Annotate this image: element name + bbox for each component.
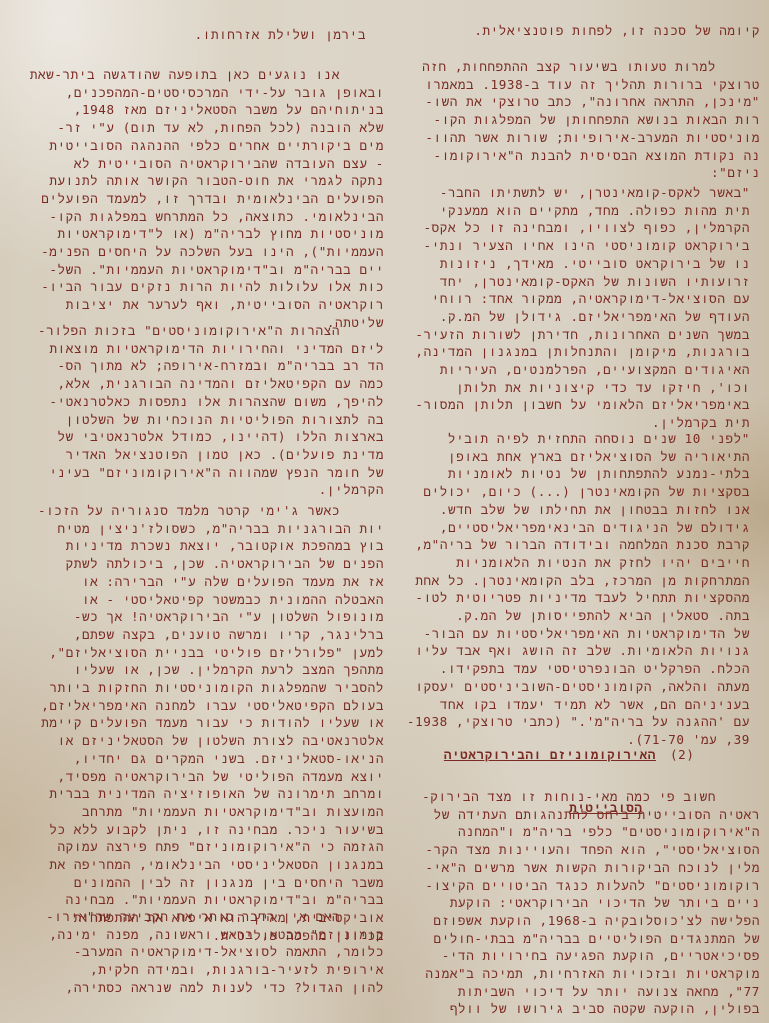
left-paragraph-2: הצהרות ה"אירוקומוניסטים" בזכות הפלור-ליז…: [38, 322, 384, 499]
text-line: ליזם המדיני והחירויות הדימוקראטיות מוצאו…: [38, 340, 384, 358]
left-paragraph-1: אנו נוגעים כאן בתופעה שהודגשה ביתר-שאתוב…: [30, 66, 384, 332]
text-line: יות הבורגניות בבריה"מ, כשסולז'ניצין מטיח: [38, 520, 384, 538]
section-title-line-1: האירוקומוניזם והבירוקראטיה: [444, 746, 656, 764]
text-line: הפלישה לצ'כוסלובקיה ב-1968, הוקעת אשפוזם: [422, 912, 760, 930]
text-line: בפולין, הוקעה שקטה סביב גירושו של וולף: [422, 1000, 760, 1018]
text-line: קומוניזם" מבטא, בראש וראשונה, מפנה ימינה…: [46, 926, 384, 944]
text-line: אנו נוגעים כאן בתופעה שהודגשה ביתר-שאת: [30, 66, 384, 84]
text-line: אנו לחזות בבטחון את תחילתו של שלב חדש.: [407, 501, 760, 519]
text-line: מעתה והלאה, הקומוניסטים-השוביניסטים יעסק…: [407, 678, 760, 696]
scanned-document-page: קיומה של סכנה זו, לפחות פוטנציאלית. למרו…: [0, 0, 769, 1023]
text-line: האם אין הדבר סותר את הקביעה שה"אירו-: [46, 908, 384, 926]
right-paragraph-1: למרות טעותו בשיעור קצב ההתפחחות, חזהטרוצ…: [422, 58, 760, 182]
text-line: רוקראטיה הסובייטית, ואף לערער את יציבות: [30, 296, 384, 314]
text-line: רות הבאות בנושא התפחחותן של המפלגות הקו-: [422, 111, 760, 129]
text-line: להיפך, משום שהצהרות אלו נתפסות כאלטרנאטי…: [38, 393, 384, 411]
text-line: פסיכיאטריים, הוקעת הפגיעה בחירויות הדי-: [422, 947, 760, 965]
text-line: המועצות וב"דימוקראטיות העממיות" מתרחב: [38, 803, 384, 821]
text-line: "לפני 10 שנים נוסחה התחזית לפיה תוביל: [407, 430, 760, 448]
right-paragraph-2: חשוב פי כמה מאי-נוחות זו מצד הבירוק-ראטי…: [422, 788, 760, 1018]
text-line: בבריה"מ וב"דימוקראטיות העממיות". מבחינה: [38, 891, 384, 909]
left-paragraph-4: האם אין הדבר סותר את הקביעה שה"אירו-קומו…: [46, 908, 384, 997]
text-line: כמה עם הקפיטאליזם והמדינה הבורגנית, אלא,: [38, 375, 384, 393]
text-line: יים בבריה"מ וב"דימוקראטיות העממיות". השל…: [30, 261, 384, 279]
text-line: טרוצקי ברורות תהליך זה עוד ב-1938. במאמר…: [422, 76, 760, 94]
text-line: האיגודים המקצועיים, הפרלמנטים, העיריות: [415, 361, 760, 379]
text-line: מוניסטיות מחוץ לבריה"מ (או ל"דימוקראטיות: [30, 225, 384, 243]
text-line: ניזם":: [422, 164, 760, 182]
text-line: במשך השנים האחרונות, חדירתן לשורות הזעיר…: [415, 326, 760, 344]
text-line: של המתנגדים הפוליטיים בבריה"מ בבתי-חולים: [422, 930, 760, 948]
text-line: כלומר, התאמה לסוציאל-דימוקראטיה המערב-: [46, 943, 384, 961]
text-line: תית מהות כפולה. מחד, מתקיים הוא ממענקי: [415, 202, 760, 220]
section-number: (2): [670, 746, 695, 764]
text-line: האבטלה ההמונית כבמשטר קפיטאליסטי - או: [38, 591, 384, 609]
text-line: בורגנות, מיקומן והתנחלותן במנגנון המדינה…: [415, 343, 760, 361]
text-line: אלטרנאטיבה לצורת השלטון של הסטאליניזם או: [38, 732, 384, 750]
text-line: ברלינגר, קריו ומרשה טוענים, בקצה שפתם,: [38, 626, 384, 644]
text-line: מוקראטיות ובזכויות האזרחיות, תמיכה ב"אמנ…: [422, 965, 760, 983]
text-line: התיאוריה של הסוציאליזם בארץ אחת באופן: [407, 448, 760, 466]
text-line: הבינלאומי. כתוצאה, כל המתרחש במפלגות הקו…: [30, 208, 384, 226]
text-line: 77", מחאה צנועה יותר על דיכוי השביתות: [422, 983, 760, 1001]
text-line: בסקציות של הקומאינטרן (...) כיום, יכולים: [407, 483, 760, 501]
text-line: קרבת סכנת המלחמה ובידודה הברור של בריה"מ…: [407, 536, 760, 554]
text-line: - עצם העובדה שהבירוקראטיה הסובייטית לא: [30, 155, 384, 173]
text-line: חייבים יהיו לחזק את הנטיות הלאומניות: [407, 554, 760, 572]
text-line: באימפריאליזם הלאומי על חשבון תלותן המסור…: [415, 396, 760, 414]
text-line: ובאופן גובר על-ידי המרכסיסטים-המהפכנים,: [30, 84, 384, 102]
text-line: הד רב בבריה"מ ובמזרח-אירופה; לא מתוך הס-: [38, 357, 384, 375]
text-line: בוץ במהפכת אוקטובר, יוצאת נשכרת מדיניות: [38, 537, 384, 555]
text-line: רוקומוניסטים" להעלות כנגד הביטויים הקיצו…: [422, 877, 760, 895]
text-line: הקרמלין.: [38, 481, 384, 499]
text-line: מדינת פועלים). כאן טמון הפוטנציאל האדיר: [38, 446, 384, 464]
text-line: נו של בירוקראט סובייטי. מאידך, ניזונות: [415, 255, 760, 273]
text-line: משבר היחסים בין מנגנון זה לבין ההמונים: [38, 874, 384, 892]
text-line: בירוקראט קומוניסטי הינו אחיו הצעיר ונתי-: [415, 237, 760, 255]
left-column-header: בירמן ושלילת אזרחותו.: [195, 26, 366, 44]
text-line: בארצות הללו (דהיינו, כמודל אלטרנאטיבי של: [38, 428, 384, 446]
text-line: מתהפך המצב לרעת הקרמלין. שכן, או שעליו: [38, 661, 384, 679]
text-line: מים ביקורתיים אחרים כלפי ההנהגה הסובייטי…: [30, 137, 384, 155]
text-line: בעניניהם הם, אשר לא תמיד יעמדו בקו אחד: [407, 696, 760, 714]
text-line: של חומר הנפץ שמהווה ה"אירוקומוניזם" בעינ…: [38, 464, 384, 482]
left-paragraph-3: כאשר ג'ימי קרטר מלמד סנגוריה על הזכו-יות…: [38, 502, 384, 945]
text-line: הפנים של הבירוקראטיה. שכן, ביכולתה לשתק: [38, 555, 384, 573]
text-line: נה נקודת המוצא הבסיסית להבנת ה"אירוקומו-: [422, 147, 760, 165]
text-line: וכו', חיזקו עד כדי קיצוניות את תלותן: [415, 379, 760, 397]
text-line: גנויות הלאומיות. שלב זה הושג ואף אבד עלי…: [407, 642, 760, 660]
text-line: "באשר לאקס-קומאינטרן, יש לתשתיתו החבר-: [415, 184, 760, 202]
text-line: מונופול השלטון ע"י הבירוקראטיה! אך כש-: [38, 608, 384, 626]
text-line: אירופית לזעיר-בורגנות, ובמידה חלקית,: [46, 961, 384, 979]
text-line: נתקה לגמרי את חוט-הטבור הקושר אותה לתנוע…: [30, 172, 384, 190]
text-line: עם הסוציאל-דימוקראטיה, ממקור אחד: רווחי: [415, 290, 760, 308]
text-line: של הדימוקראטיות האימפריאליסטיות עם הבור-: [407, 625, 760, 643]
text-line: הניאו-סטאליניזם. בשני המקרים גם יחדיו,: [38, 750, 384, 768]
right-column-header: קיומה של סכנה זו, לפחות פוטנציאלית.: [474, 22, 760, 40]
right-quote-1: "באשר לאקס-קומאינטרן, יש לתשתיתו החבר-תי…: [415, 184, 760, 432]
text-line: ניים ביותר של הדיכוי הבירוקראטי: הוקעת: [422, 894, 760, 912]
text-line: בשיעור ניכר. מבחינה זו, ניתן לקבוע ללא כ…: [38, 821, 384, 839]
text-line: המתרחקות מן המרכז, בלב הקומאינטרן. כל אח…: [407, 572, 760, 590]
text-line: להסביר שהמפלגות הקומוניסטיות החזקות ביות…: [38, 679, 384, 697]
text-line: ומרחב תימרונה של האופוזיציה המדינית בברי…: [38, 785, 384, 803]
text-line: בתה. סטאלין הביא להתפייסותן של המ.ק.: [407, 607, 760, 625]
text-line: העממיות"), הינו בעל השלכה על היחסים הפני…: [30, 243, 384, 261]
text-line: הסוציאליסטי", הוא הפחד והעויינות מצד הקר…: [422, 841, 760, 859]
text-line: מהסקציות תתחיל לעבד מדיניות פטריוטית לטו…: [407, 589, 760, 607]
text-line: בלתי-נמנע להתפתחותן של נטיות לאומניות: [407, 465, 760, 483]
text-line: יוצא מעמדה הפוליטי של הבירוקראטיה מפסיד,: [38, 768, 384, 786]
text-line: שלא הובנה (לכל הפחות, לא עד תום) ע"י זר-: [30, 119, 384, 137]
text-line: כות אלו עלולות להיות הרות נזקים עבור הבי…: [30, 278, 384, 296]
text-line: "מינכן, התראה אחרונה", כתב טרוצקי את השו…: [422, 93, 760, 111]
text-line: גידולם של הניגודים הבינאימפריאליסטיים,: [407, 519, 760, 537]
text-line: כאשר ג'ימי קרטר מלמד סנגוריה על הזכו-: [38, 502, 384, 520]
text-line: חשוב פי כמה מאי-נוחות זו מצד הבירוק-: [422, 788, 760, 806]
text-line: למען "פלורליזם פוליטי בבניית הסוציאליזם"…: [38, 644, 384, 662]
text-line: אז את מעמד הפועלים שלה ע"י הברירה: או: [38, 573, 384, 591]
text-line: בניתוחיהם על משבר הסטאליניזם מאז 1948,: [30, 101, 384, 119]
text-line: ה"אירוקומוניסטים" כלפי בריה"מ ו"המחנה: [422, 823, 760, 841]
right-quote-2: "לפני 10 שנים נוסחה התחזית לפיה תובילהתי…: [407, 430, 760, 749]
text-line: הצהרות ה"אירוקומוניסטים" בזכות הפלור-: [38, 322, 384, 340]
text-line: הכלח. הפרקליט הבונפרטיסטי עמד בתפקידו.: [407, 660, 760, 678]
text-line: במנגנון הסטאליניסטי הבינלאומי, המחריפה א…: [38, 856, 384, 874]
text-line: העודף של האימפריאליזם. גידולן של המ.ק.: [415, 308, 760, 326]
text-line: הפועלים הבינלאומית ובדרך זו, למעמד הפועל…: [30, 190, 384, 208]
text-line: להון הגדול? כדי לענות למה שנראה כסתירה,: [46, 979, 384, 997]
text-line: למרות טעותו בשיעור קצב ההתפחחות, חזה: [422, 58, 760, 76]
text-line: הגזמה כי ה"אירוקומוניזם" פתח פירצה עמוקה: [38, 838, 384, 856]
text-line: בה לתצורות הפוליטיות הנוכחיות של השלטון: [38, 411, 384, 429]
text-line: ראטיה הסובייטית ביחס להתנהגותם העתידה של: [422, 806, 760, 824]
text-line: מלין לנוכח הביקורות הקשות אשר מרשים ה"אי…: [422, 859, 760, 877]
text-line: מוניסטיות המערב-אירופיות; שורות אשר תהוו…: [422, 129, 760, 147]
text-line: בעולם הקפיטאליסטי עברו למחנה האימפריאליז…: [38, 697, 384, 715]
text-line: או שעליו להודות כי עבור מעמד הפועלים קיי…: [38, 714, 384, 732]
text-line: זרועותיו השונות של האקס-קומאינטרן, יחד: [415, 273, 760, 291]
text-line: הקרמלין, כפוף לצוויו, ומבחינה זו כל אקס-: [415, 219, 760, 237]
